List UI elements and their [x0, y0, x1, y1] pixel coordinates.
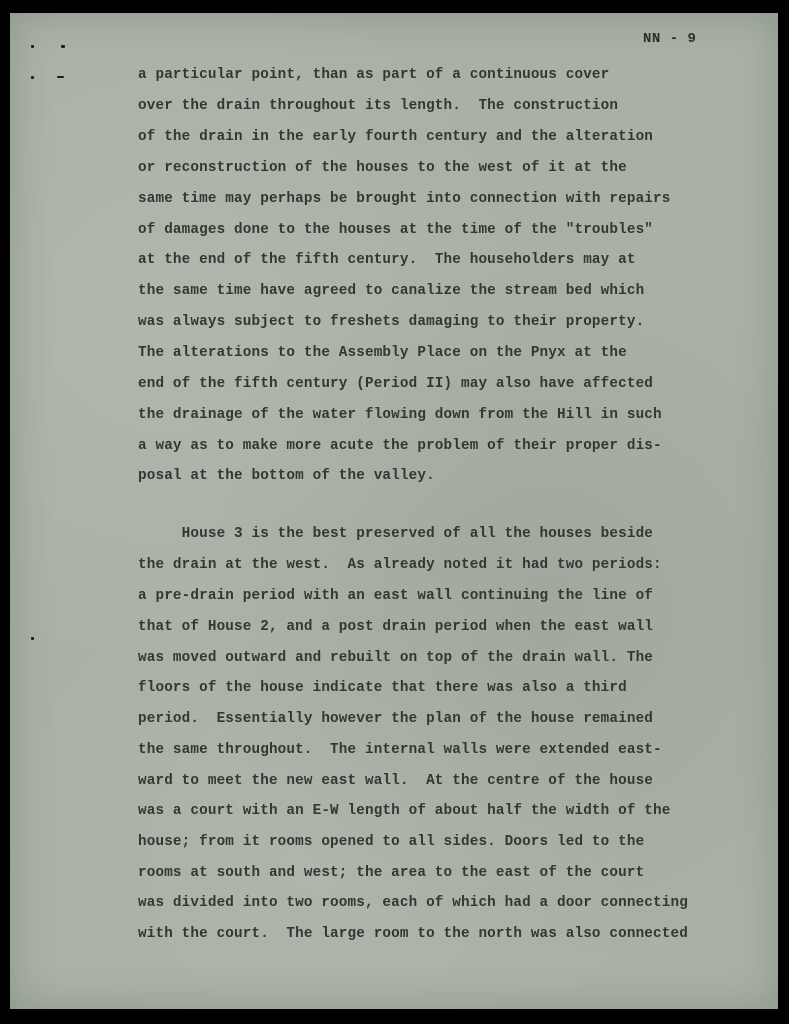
text-line: the drainage of the water flowing down f…	[138, 407, 662, 423]
punch-mark	[31, 45, 34, 48]
text-line: at the end of the fifth century. The hou…	[138, 252, 636, 268]
text-line: period. Essentially however the plan of …	[138, 711, 653, 727]
punch-mark	[31, 637, 34, 640]
text-line: was always subject to freshets damaging …	[138, 314, 644, 330]
text-line: same time may perhaps be brought into co…	[138, 191, 671, 207]
punch-mark	[61, 45, 65, 48]
text-line: of damages done to the houses at the tim…	[138, 222, 653, 238]
typewritten-page: NN - 9 a particular point, than as part …	[10, 13, 778, 1009]
text-line: was a court with an E-W length of about …	[138, 803, 671, 819]
text-line: floors of the house indicate that there …	[138, 680, 627, 696]
text-line: house; from it rooms opened to all sides…	[138, 834, 644, 850]
text-line: that of House 2, and a post drain period…	[138, 619, 653, 635]
text-line: of the drain in the early fourth century…	[138, 129, 653, 145]
text-line: the drain at the west. As already noted …	[138, 557, 662, 573]
text-line: end of the fifth century (Period II) may…	[138, 376, 653, 392]
text-line: a particular point, than as part of a co…	[138, 67, 609, 83]
punch-mark	[57, 76, 64, 78]
text-line: with the court. The large room to the no…	[138, 926, 688, 942]
punch-mark	[31, 76, 34, 79]
text-line: rooms at south and west; the area to the…	[138, 865, 644, 881]
text-line: was divided into two rooms, each of whic…	[138, 895, 688, 911]
text-line: was moved outward and rebuilt on top of …	[138, 650, 653, 666]
text-line: ward to meet the new east wall. At the c…	[138, 773, 653, 789]
text-line: a way as to make more acute the problem …	[138, 438, 662, 454]
text-line: House 3 is the best preserved of all the…	[138, 526, 653, 542]
text-line: over the drain throughout its length. Th…	[138, 98, 618, 114]
text-line: the same throughout. The internal walls …	[138, 742, 662, 758]
text-line: or reconstruction of the houses to the w…	[138, 160, 627, 176]
text-line: posal at the bottom of the valley.	[138, 468, 435, 484]
text-line: The alterations to the Assembly Place on…	[138, 345, 627, 361]
text-line: the same time have agreed to canalize th…	[138, 283, 644, 299]
page-number: NN - 9	[643, 31, 696, 47]
text-line: a pre-drain period with an east wall con…	[138, 588, 653, 604]
